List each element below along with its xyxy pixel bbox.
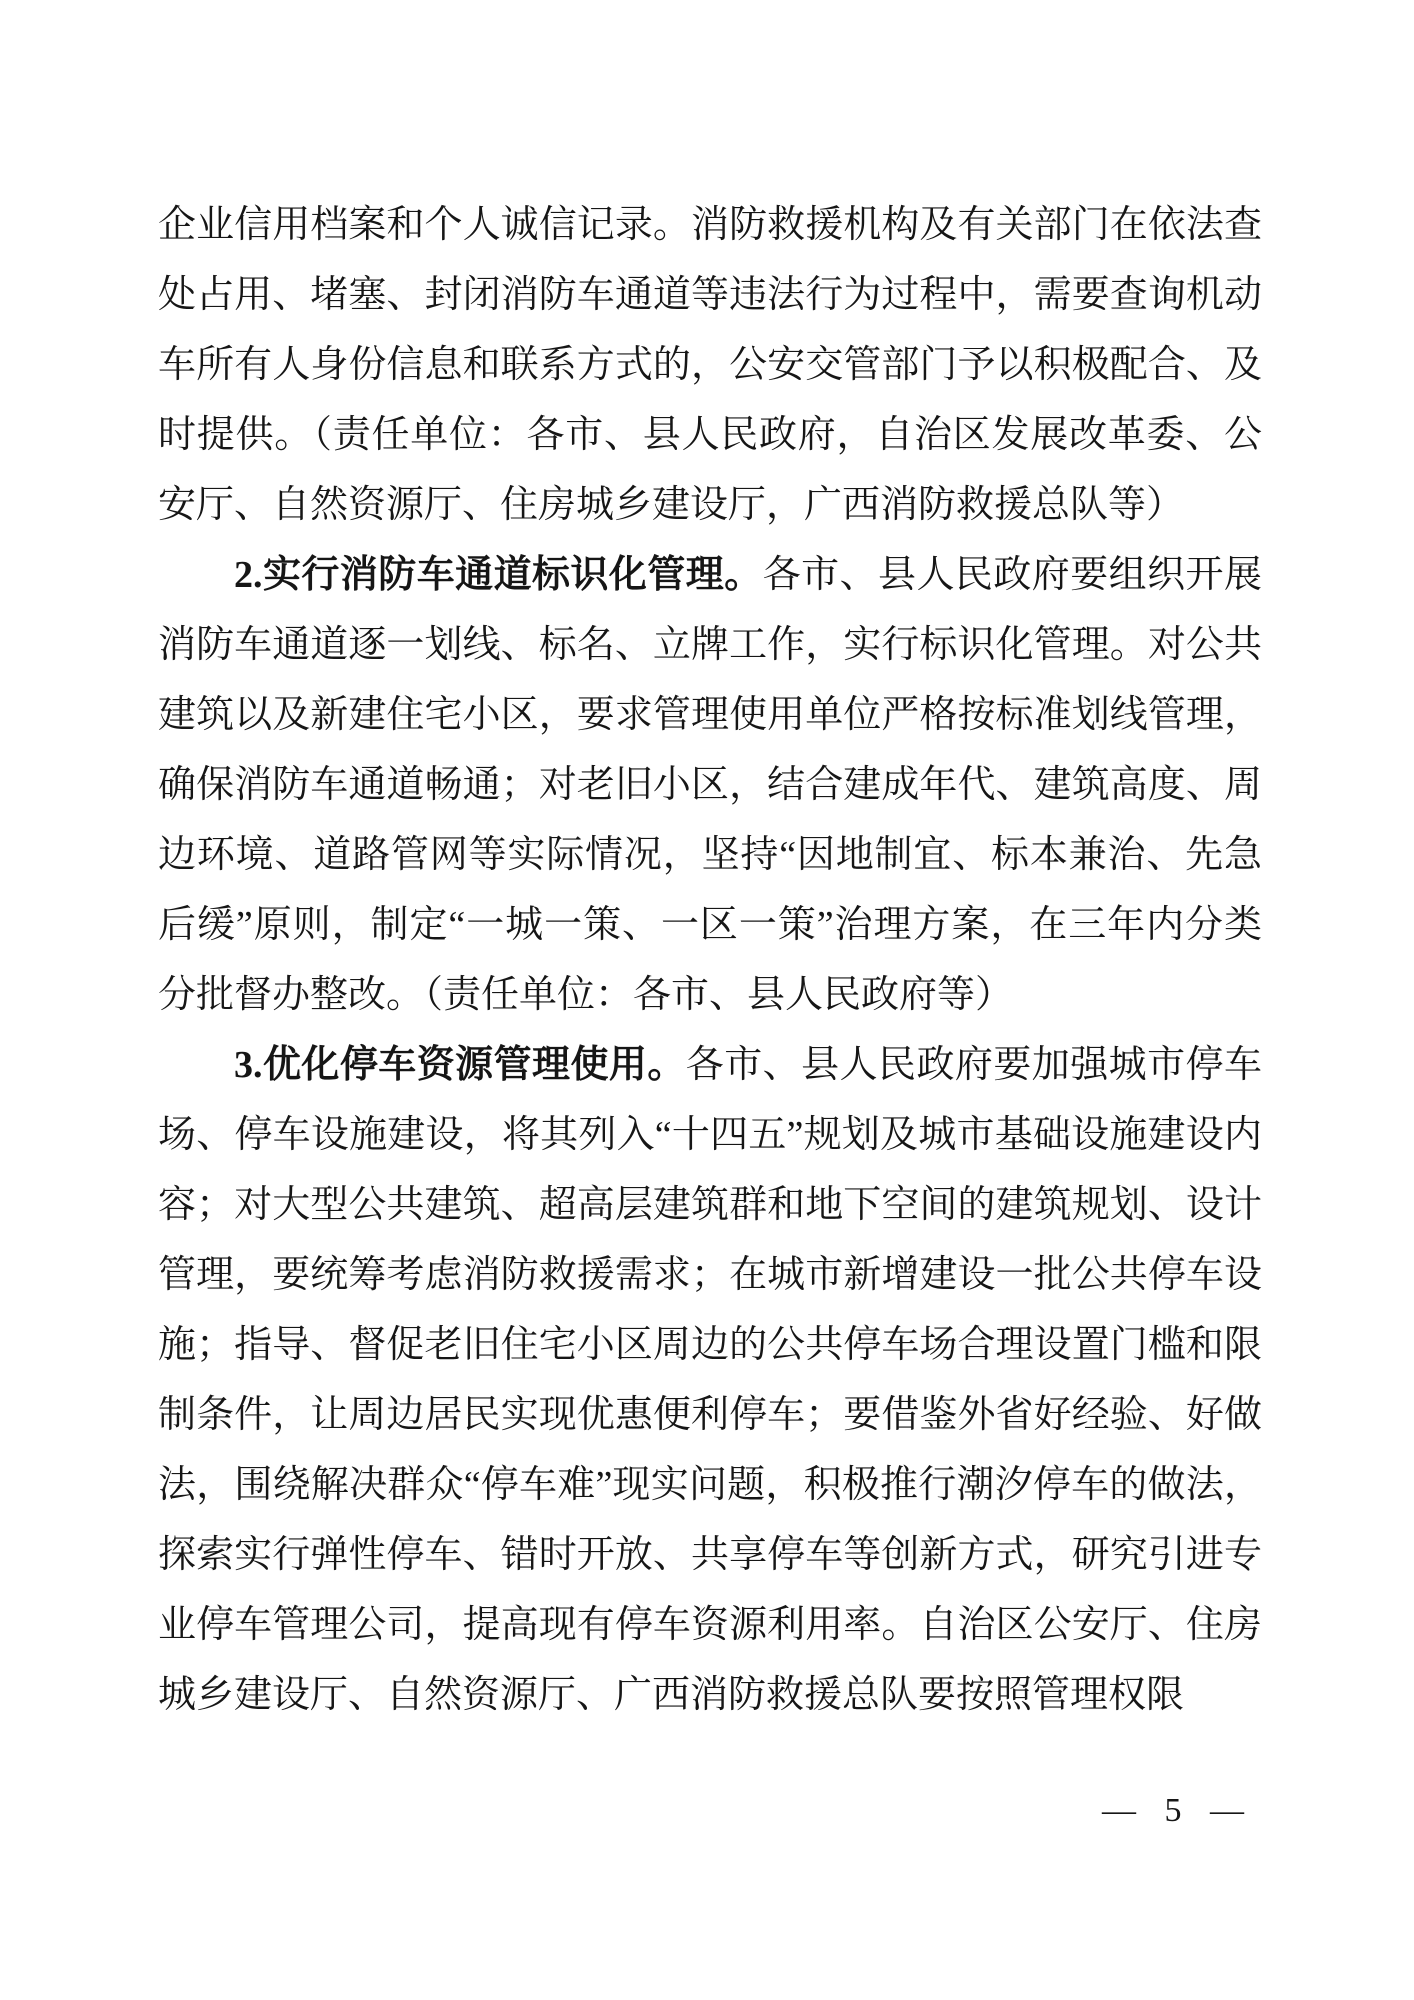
paragraph-section-2: 2.实行消防车通道标识化管理。各市、县人民政府要组织开展消防车通道逐一划线、标名… bbox=[158, 540, 1262, 1030]
paragraph-lead: 3.优化停车资源管理使用。 bbox=[234, 1044, 686, 1086]
paragraph-section-3: 3.优化停车资源管理使用。各市、县人民政府要加强城市停车场、停车设施建设，将其列… bbox=[158, 1030, 1262, 1730]
document-body: 企业信用档案和个人诚信记录。消防救援机构及有关部门在依法查处占用、堵塞、封闭消防… bbox=[158, 190, 1262, 1730]
document-page: 企业信用档案和个人诚信记录。消防救援机构及有关部门在依法查处占用、堵塞、封闭消防… bbox=[0, 0, 1414, 2000]
paragraph-lead: 2.实行消防车通道标识化管理。 bbox=[234, 554, 763, 596]
paragraph-text: 各市、县人民政府要加强城市停车场、停车设施建设，将其列入“十四五”规划及城市基础… bbox=[158, 1044, 1262, 1716]
paragraph-text: 企业信用档案和个人诚信记录。消防救援机构及有关部门在依法查处占用、堵塞、封闭消防… bbox=[158, 204, 1262, 526]
paragraph-text: 各市、县人民政府要组织开展消防车通道逐一划线、标名、立牌工作，实行标识化管理。对… bbox=[158, 554, 1262, 1016]
paragraph-continuation: 企业信用档案和个人诚信记录。消防救援机构及有关部门在依法查处占用、堵塞、封闭消防… bbox=[158, 190, 1262, 540]
page-number: — 5 — bbox=[1102, 1792, 1254, 1830]
